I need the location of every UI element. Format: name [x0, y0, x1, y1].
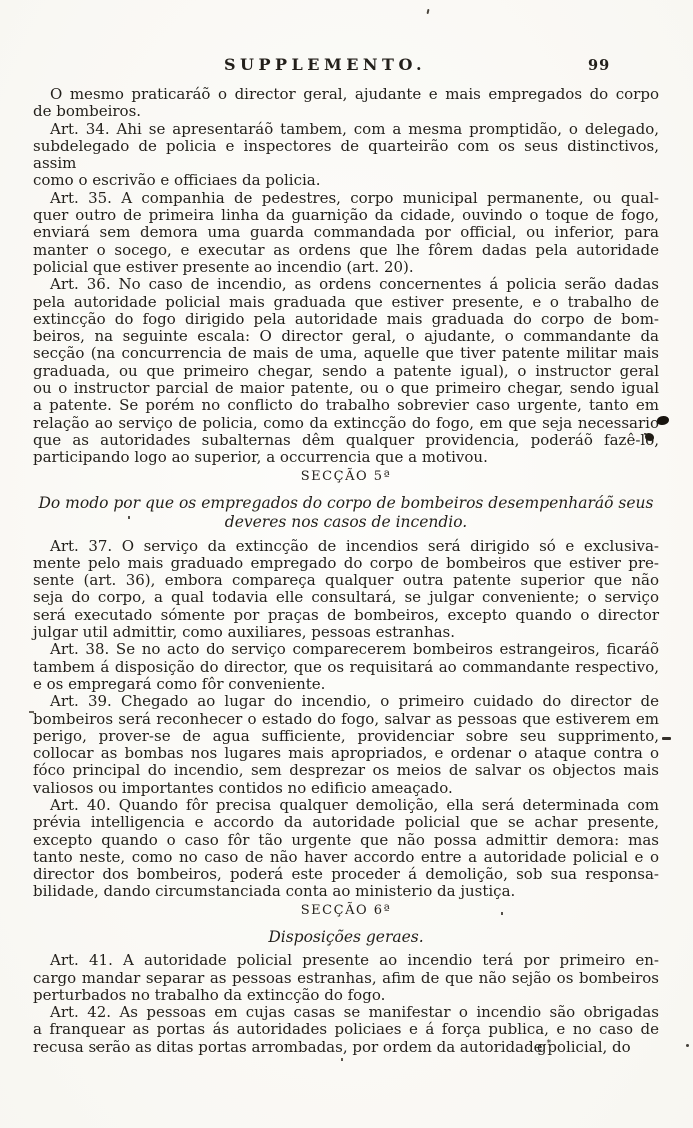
text-line: que as autoridades subalternas dêm qualq… [33, 432, 659, 449]
text-line: de bombeiros. [33, 103, 659, 120]
text-line: extincção do fogo dirigido pela autorida… [33, 311, 659, 328]
paragraph: Art. 41. A autoridade policial presente … [33, 952, 659, 1004]
ink-speck [662, 737, 671, 740]
text-line: tanto neste, como no caso de não haver a… [33, 849, 659, 866]
text-line: fóco principal do incendio, sem despreza… [33, 762, 659, 779]
text-line: collocar as bombas nos lugares mais apro… [33, 745, 659, 762]
text-line: sente (art. 36), embora compareça qualqu… [33, 572, 659, 589]
text-line: Art. 34. Ahi se apresentaráõ tambem, com… [33, 121, 659, 138]
text-line: enviará sem demora uma guarda commandada… [33, 224, 659, 241]
ink-speck [29, 711, 34, 713]
text-line: quer outro de primeira linha da guarniçã… [33, 207, 659, 224]
ink-speck [686, 1044, 689, 1047]
text-line: Art. 37. O serviço da extincção de incen… [33, 538, 659, 555]
text-line: Art. 36. No caso de incendio, as ordens … [33, 276, 659, 293]
section-subtitle: Do modo por que os empregados do corpo d… [33, 494, 659, 533]
paragraph: Art. 34. Ahi se apresentaráõ tambem, com… [33, 121, 659, 190]
ink-speck [341, 1058, 343, 1061]
text-line: perturbados no trabalho da extincção do … [33, 987, 659, 1004]
text-line: Disposições geraes. [33, 928, 659, 948]
paragraph: Art. 40. Quando fôr precisa qualquer dem… [33, 797, 659, 901]
text-line: valiosos ou importantes contidos no edif… [33, 780, 659, 797]
ink-speck [96, 1046, 98, 1049]
text-line: ou o instructor parcial de maior patente… [33, 380, 659, 397]
text-line: recusa serão as ditas portas arrombadas,… [33, 1039, 659, 1056]
paragraph: Art. 38. Se no acto do serviço comparece… [33, 641, 659, 693]
ink-speck [427, 9, 430, 14]
text-line: Art. 42. As pessoas em cujas casas se ma… [33, 1004, 659, 1021]
section-heading: SECÇÃO 5ª [33, 469, 659, 484]
text-line: director dos bombeiros, poderá este proc… [33, 866, 659, 883]
text-line: participando logo ao superior, a occurre… [33, 449, 659, 466]
paragraph: O mesmo praticaráõ o director geral, aju… [33, 86, 659, 121]
paragraph: Art. 36. No caso de incendio, as ordens … [33, 276, 659, 466]
ink-speck [645, 433, 654, 441]
paragraph: Art. 35. A companhia de pedestres, corpo… [33, 190, 659, 276]
text-line: graduada, ou que primeiro chegar, sendo … [33, 363, 659, 380]
scanned-document-page: SUPPLEMENTO. 99 O mesmo praticaráõ o dir… [0, 0, 693, 1128]
signature-mark-base: g [537, 1038, 547, 1056]
text-line: bombeiros será reconhecer o estado do fo… [33, 711, 659, 728]
section-subtitle: Disposições geraes. [33, 928, 659, 948]
text-line: Do modo por que os empregados do corpo d… [33, 494, 659, 514]
ink-speck [657, 416, 669, 425]
text-line: O mesmo praticaráõ o director geral, aju… [33, 86, 659, 103]
text-line: e os empregará como fôr conveniente. [33, 676, 659, 693]
text-line: Art. 41. A autoridade policial presente … [33, 952, 659, 969]
ink-speck [128, 516, 130, 519]
paragraph: Art. 37. O serviço da extincção de incen… [33, 538, 659, 642]
text-line: policial que estiver presente ao incendi… [33, 259, 659, 276]
text-line: julgar util admittir, como auxiliares, p… [33, 624, 659, 641]
text-line: relação ao serviço de policia, como da e… [33, 415, 659, 432]
section-heading: SECÇÃO 6ª [33, 903, 659, 918]
text-line: secção (na concurrencia de mais de uma, … [33, 345, 659, 362]
text-line: excepto quando o caso fôr tão urgente qu… [33, 832, 659, 849]
text-line: tambem á disposição do director, que os … [33, 659, 659, 676]
text-line: Art. 38. Se no acto do serviço comparece… [33, 641, 659, 658]
text-line: como o escrivão e officiaes da policia. [33, 172, 659, 189]
text-line: seja do corpo, a qual todavia elle consu… [33, 589, 659, 606]
text-line: bilidade, dando circumstanciada conta ao… [33, 883, 659, 900]
page-body-text: O mesmo praticaráõ o director geral, aju… [33, 86, 659, 1056]
text-line: pela autoridade policial mais graduada q… [33, 294, 659, 311]
page-number: 99 [588, 57, 610, 74]
text-line: a franquear as portas ás autoridades pol… [33, 1021, 659, 1038]
text-line: manter o socego, e executar as ordens qu… [33, 242, 659, 259]
text-line: cargo mandar separar as pessoas estranha… [33, 970, 659, 987]
text-line: Art. 39. Chegado ao lugar do incendio, o… [33, 693, 659, 710]
printers-signature-mark: g* [537, 1038, 551, 1056]
paragraph: Art. 42. As pessoas em cujas casas se ma… [33, 1004, 659, 1056]
ink-speck [501, 912, 503, 915]
signature-mark-sup: * [547, 1039, 552, 1049]
text-line: será executado sómente por praças de bom… [33, 607, 659, 624]
text-line: Art. 35. A companhia de pedestres, corpo… [33, 190, 659, 207]
paragraph: Art. 39. Chegado ao lugar do incendio, o… [33, 693, 659, 797]
text-line: subdelegado de policia e inspectores de … [33, 138, 659, 173]
text-line: deveres nos casos de incendio. [33, 513, 659, 533]
text-line: perigo, prover-se de agua sufficiente, p… [33, 728, 659, 745]
text-line: a patente. Se porém no conflicto do trab… [33, 397, 659, 414]
text-line: mente pelo mais graduado empregado do co… [33, 555, 659, 572]
text-line: prévia intelligencia e accordo da autori… [33, 814, 659, 831]
running-title: SUPPLEMENTO. [0, 55, 650, 74]
text-line: beiros, na seguinte escala: O director g… [33, 328, 659, 345]
text-line: Art. 40. Quando fôr precisa qualquer dem… [33, 797, 659, 814]
